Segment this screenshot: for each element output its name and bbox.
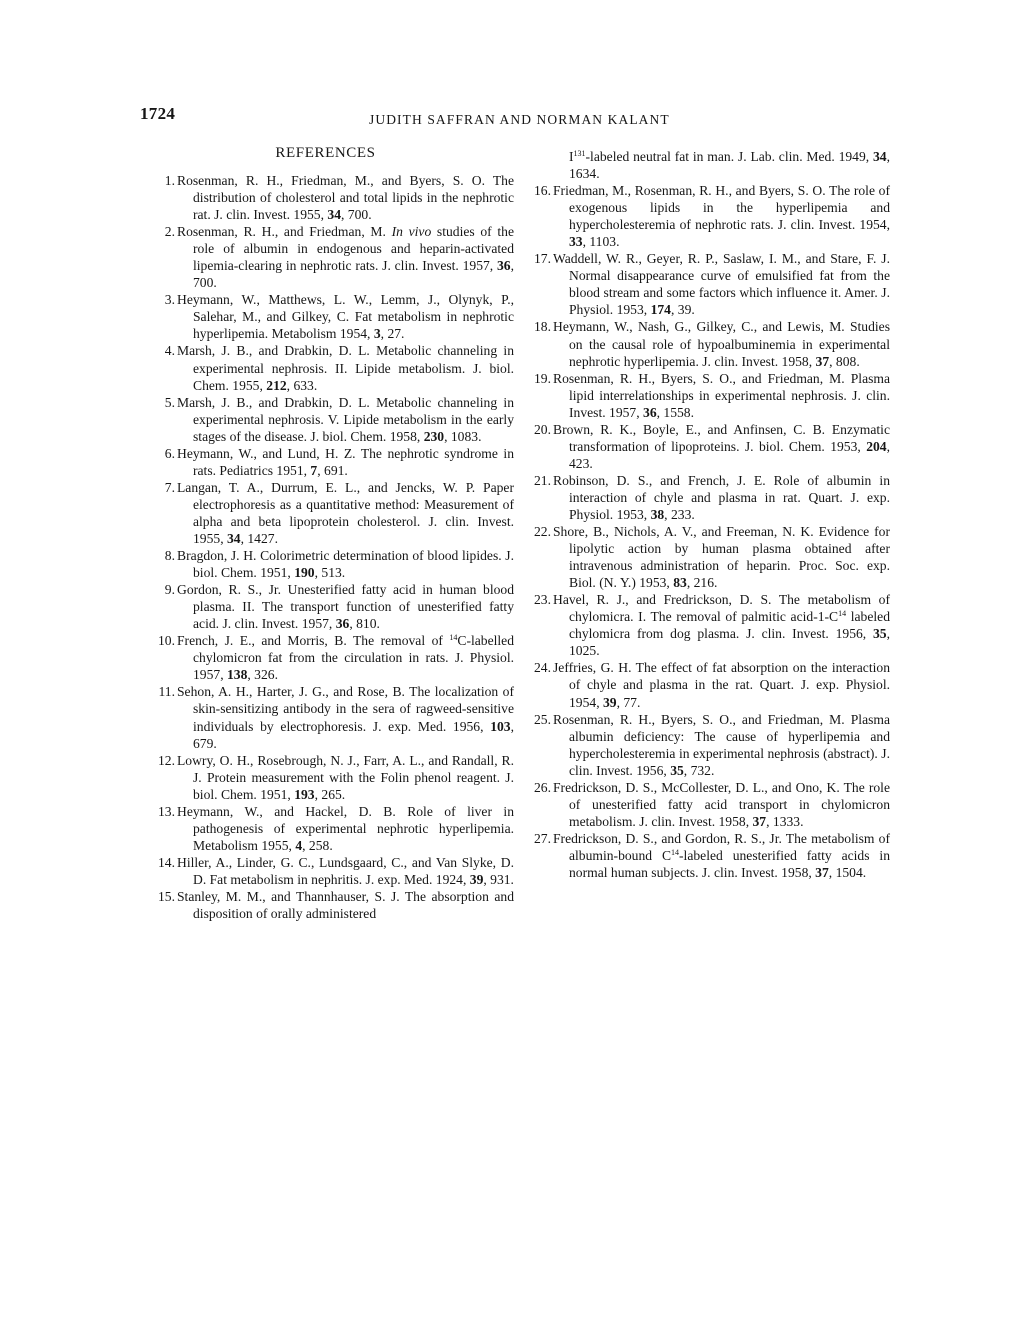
reference-pages: , 1504. [829, 865, 866, 880]
reference-number: 8. [157, 547, 175, 564]
reference-number: 7. [157, 479, 175, 496]
reference-text: Shore, B., Nichols, A. V., and Freeman, … [553, 524, 890, 590]
reference-item: 22.Shore, B., Nichols, A. V., and Freema… [553, 523, 890, 591]
reference-item: 13.Heymann, W., and Hackel, D. B. Role o… [177, 803, 514, 854]
references-left-column: 1.Rosenman, R. H., Friedman, M., and Bye… [177, 172, 514, 922]
reference-number: 21. [530, 472, 551, 489]
reference-item: 17.Waddell, W. R., Geyer, R. P., Saslaw,… [553, 250, 890, 318]
references-right-column: I131-labeled neutral fat in man. J. Lab.… [553, 148, 890, 881]
reference-item: 16.Friedman, M., Rosenman, R. H., and By… [553, 182, 890, 250]
reference-pages: , 931. [483, 872, 514, 887]
superscript: 131 [574, 149, 586, 158]
reference-number: 24. [530, 659, 551, 676]
reference-volume: 204 [866, 439, 886, 454]
reference-15-continuation: I131-labeled neutral fat in man. J. Lab.… [553, 148, 890, 182]
reference-item: 4.Marsh, J. B., and Drabkin, D. L. Metab… [177, 342, 514, 393]
reference-volume: 35 [873, 626, 887, 641]
superscript: 14 [838, 609, 846, 618]
reference-item: 7.Langan, T. A., Durrum, E. L., and Jenc… [177, 479, 514, 547]
reference-volume: 230 [424, 429, 444, 444]
reference-item: 12.Lowry, O. H., Rosebrough, N. J., Farr… [177, 752, 514, 803]
reference-item: 18.Heymann, W., Nash, G., Gilkey, C., an… [553, 318, 890, 369]
reference-number: 3. [157, 291, 175, 308]
reference-volume: 34 [327, 207, 341, 222]
reference-volume: 174 [651, 302, 671, 317]
reference-volume: 38 [651, 507, 665, 522]
reference-number: 23. [530, 591, 551, 608]
reference-text: Robinson, D. S., and French, J. E. Role … [553, 473, 890, 522]
reference-number: 4. [157, 342, 175, 359]
reference-text: Marsh, J. B., and Drabkin, D. L. Metabol… [177, 343, 514, 392]
reference-number: 26. [530, 779, 551, 796]
reference-item: 3.Heymann, W., Matthews, L. W., Lemm, J.… [177, 291, 514, 342]
reference-item: 6.Heymann, W., and Lund, H. Z. The nephr… [177, 445, 514, 479]
reference-volume: 37 [816, 354, 830, 369]
reference-pages: , 77. [617, 695, 641, 710]
page-number: 1724 [140, 104, 175, 124]
reference-pages: , 216. [687, 575, 718, 590]
running-head: JUDITH SAFFRAN AND NORMAN KALANT [369, 112, 670, 128]
reference-volume: 33 [569, 234, 583, 249]
reference-item: 21.Robinson, D. S., and French, J. E. Ro… [553, 472, 890, 523]
reference-volume: 36 [497, 258, 511, 273]
reference-volume: 36 [336, 616, 350, 631]
reference-text: French, J. E., and Morris, B. The remova… [177, 633, 449, 648]
reference-number: 19. [530, 370, 551, 387]
reference-item: 19.Rosenman, R. H., Byers, S. O., and Fr… [553, 370, 890, 421]
reference-number: 2. [157, 223, 175, 240]
reference-text: Rosenman, R. H., Byers, S. O., and Fried… [553, 371, 890, 420]
reference-text: Waddell, W. R., Geyer, R. P., Saslaw, I.… [553, 251, 890, 317]
reference-text: Rosenman, R. H., Byers, S. O., and Fried… [553, 712, 890, 778]
continuation-text: -labeled neutral fat in man. J. Lab. cli… [586, 149, 873, 164]
reference-number: 27. [530, 830, 551, 847]
reference-volume: 39 [603, 695, 617, 710]
reference-number: 9. [157, 581, 175, 598]
reference-item: 23.Havel, R. J., and Fredrickson, D. S. … [553, 591, 890, 659]
volume: 34 [873, 149, 887, 164]
reference-text: Fredrickson, D. S., McCollester, D. L., … [553, 780, 890, 829]
reference-item: 24.Jeffries, G. H. The effect of fat abs… [553, 659, 890, 710]
reference-item: 26.Fredrickson, D. S., McCollester, D. L… [553, 779, 890, 830]
reference-number: 13. [154, 803, 175, 820]
reference-number: 17. [530, 250, 551, 267]
reference-volume: 37 [815, 865, 829, 880]
reference-pages: , 1427. [241, 531, 278, 546]
reference-pages: , 810. [349, 616, 380, 631]
reference-item: 10.French, J. E., and Morris, B. The rem… [177, 632, 514, 683]
reference-number: 11. [154, 683, 175, 700]
reference-number: 18. [530, 318, 551, 335]
reference-pages: , 808. [829, 354, 860, 369]
reference-pages: , 1333. [766, 814, 803, 829]
reference-volume: 103 [490, 719, 510, 734]
superscript: 14 [671, 848, 679, 857]
reference-pages: , 39. [671, 302, 695, 317]
reference-item: 25.Rosenman, R. H., Byers, S. O., and Fr… [553, 711, 890, 779]
reference-item: 2.Rosenman, R. H., and Friedman, M. In v… [177, 223, 514, 291]
reference-pages: , 732. [684, 763, 715, 778]
reference-volume: 36 [643, 405, 657, 420]
reference-number: 16. [530, 182, 551, 199]
reference-volume: 193 [294, 787, 314, 802]
reference-text: Rosenman, R. H., and Friedman, M. [177, 224, 392, 239]
reference-pages: , 326. [247, 667, 278, 682]
reference-pages: , 513. [315, 565, 346, 580]
reference-number: 5. [157, 394, 175, 411]
reference-text: Heymann, W., and Hackel, D. B. Role of l… [177, 804, 514, 853]
reference-text: Bragdon, J. H. Colorimetric determinatio… [177, 548, 514, 580]
reference-number: 14. [154, 854, 175, 871]
reference-text: Sehon, A. H., Harter, J. G., and Rose, B… [177, 684, 514, 733]
reference-pages: , 691. [317, 463, 348, 478]
reference-number: 15. [154, 888, 175, 905]
reference-text: Stanley, M. M., and Thannhauser, S. J. T… [177, 889, 514, 921]
reference-pages: , 233. [664, 507, 695, 522]
reference-item: 11.Sehon, A. H., Harter, J. G., and Rose… [177, 683, 514, 751]
reference-item: 20.Brown, R. K., Boyle, E., and Anfinsen… [553, 421, 890, 472]
reference-text: Brown, R. K., Boyle, E., and Anfinsen, C… [553, 422, 890, 454]
reference-volume: 34 [227, 531, 241, 546]
reference-item: 14.Hiller, A., Linder, G. C., Lundsgaard… [177, 854, 514, 888]
reference-volume: 83 [673, 575, 687, 590]
reference-text: Hiller, A., Linder, G. C., Lundsgaard, C… [177, 855, 514, 887]
reference-number: 20. [530, 421, 551, 438]
reference-italic-text: In vivo [392, 224, 432, 239]
section-title: REFERENCES [140, 145, 511, 162]
reference-pages: , 1083. [444, 429, 481, 444]
reference-volume: 138 [227, 667, 247, 682]
reference-volume: 212 [266, 378, 286, 393]
reference-pages: , 633. [287, 378, 318, 393]
reference-volume: 3 [374, 326, 381, 341]
reference-number: 12. [154, 752, 175, 769]
reference-number: 25. [530, 711, 551, 728]
reference-volume: 37 [753, 814, 767, 829]
reference-number: 22. [530, 523, 551, 540]
reference-item: 15.Stanley, M. M., and Thannhauser, S. J… [177, 888, 514, 922]
reference-item: 9.Gordon, R. S., Jr. Unesterified fatty … [177, 581, 514, 632]
reference-volume: 35 [670, 763, 684, 778]
reference-pages: , 1558. [657, 405, 694, 420]
reference-text: Lowry, O. H., Rosebrough, N. J., Farr, A… [177, 753, 514, 802]
reference-volume: 39 [470, 872, 484, 887]
reference-item: 8.Bragdon, J. H. Colorimetric determinat… [177, 547, 514, 581]
reference-number: 6. [157, 445, 175, 462]
reference-pages: , 1103. [583, 234, 620, 249]
reference-item: 5.Marsh, J. B., and Drabkin, D. L. Metab… [177, 394, 514, 445]
reference-pages: , 265. [315, 787, 346, 802]
reference-item: 1.Rosenman, R. H., Friedman, M., and Bye… [177, 172, 514, 223]
reference-text: Friedman, M., Rosenman, R. H., and Byers… [553, 183, 890, 232]
reference-number: 1. [157, 172, 175, 189]
reference-text: Heymann, W., Matthews, L. W., Lemm, J., … [177, 292, 514, 341]
reference-item: 27.Fredrickson, D. S., and Gordon, R. S.… [553, 830, 890, 881]
reference-number: 10. [154, 632, 175, 649]
reference-pages: , 27. [381, 326, 405, 341]
reference-volume: 190 [294, 565, 314, 580]
reference-pages: , 258. [302, 838, 333, 853]
reference-pages: , 700. [341, 207, 372, 222]
